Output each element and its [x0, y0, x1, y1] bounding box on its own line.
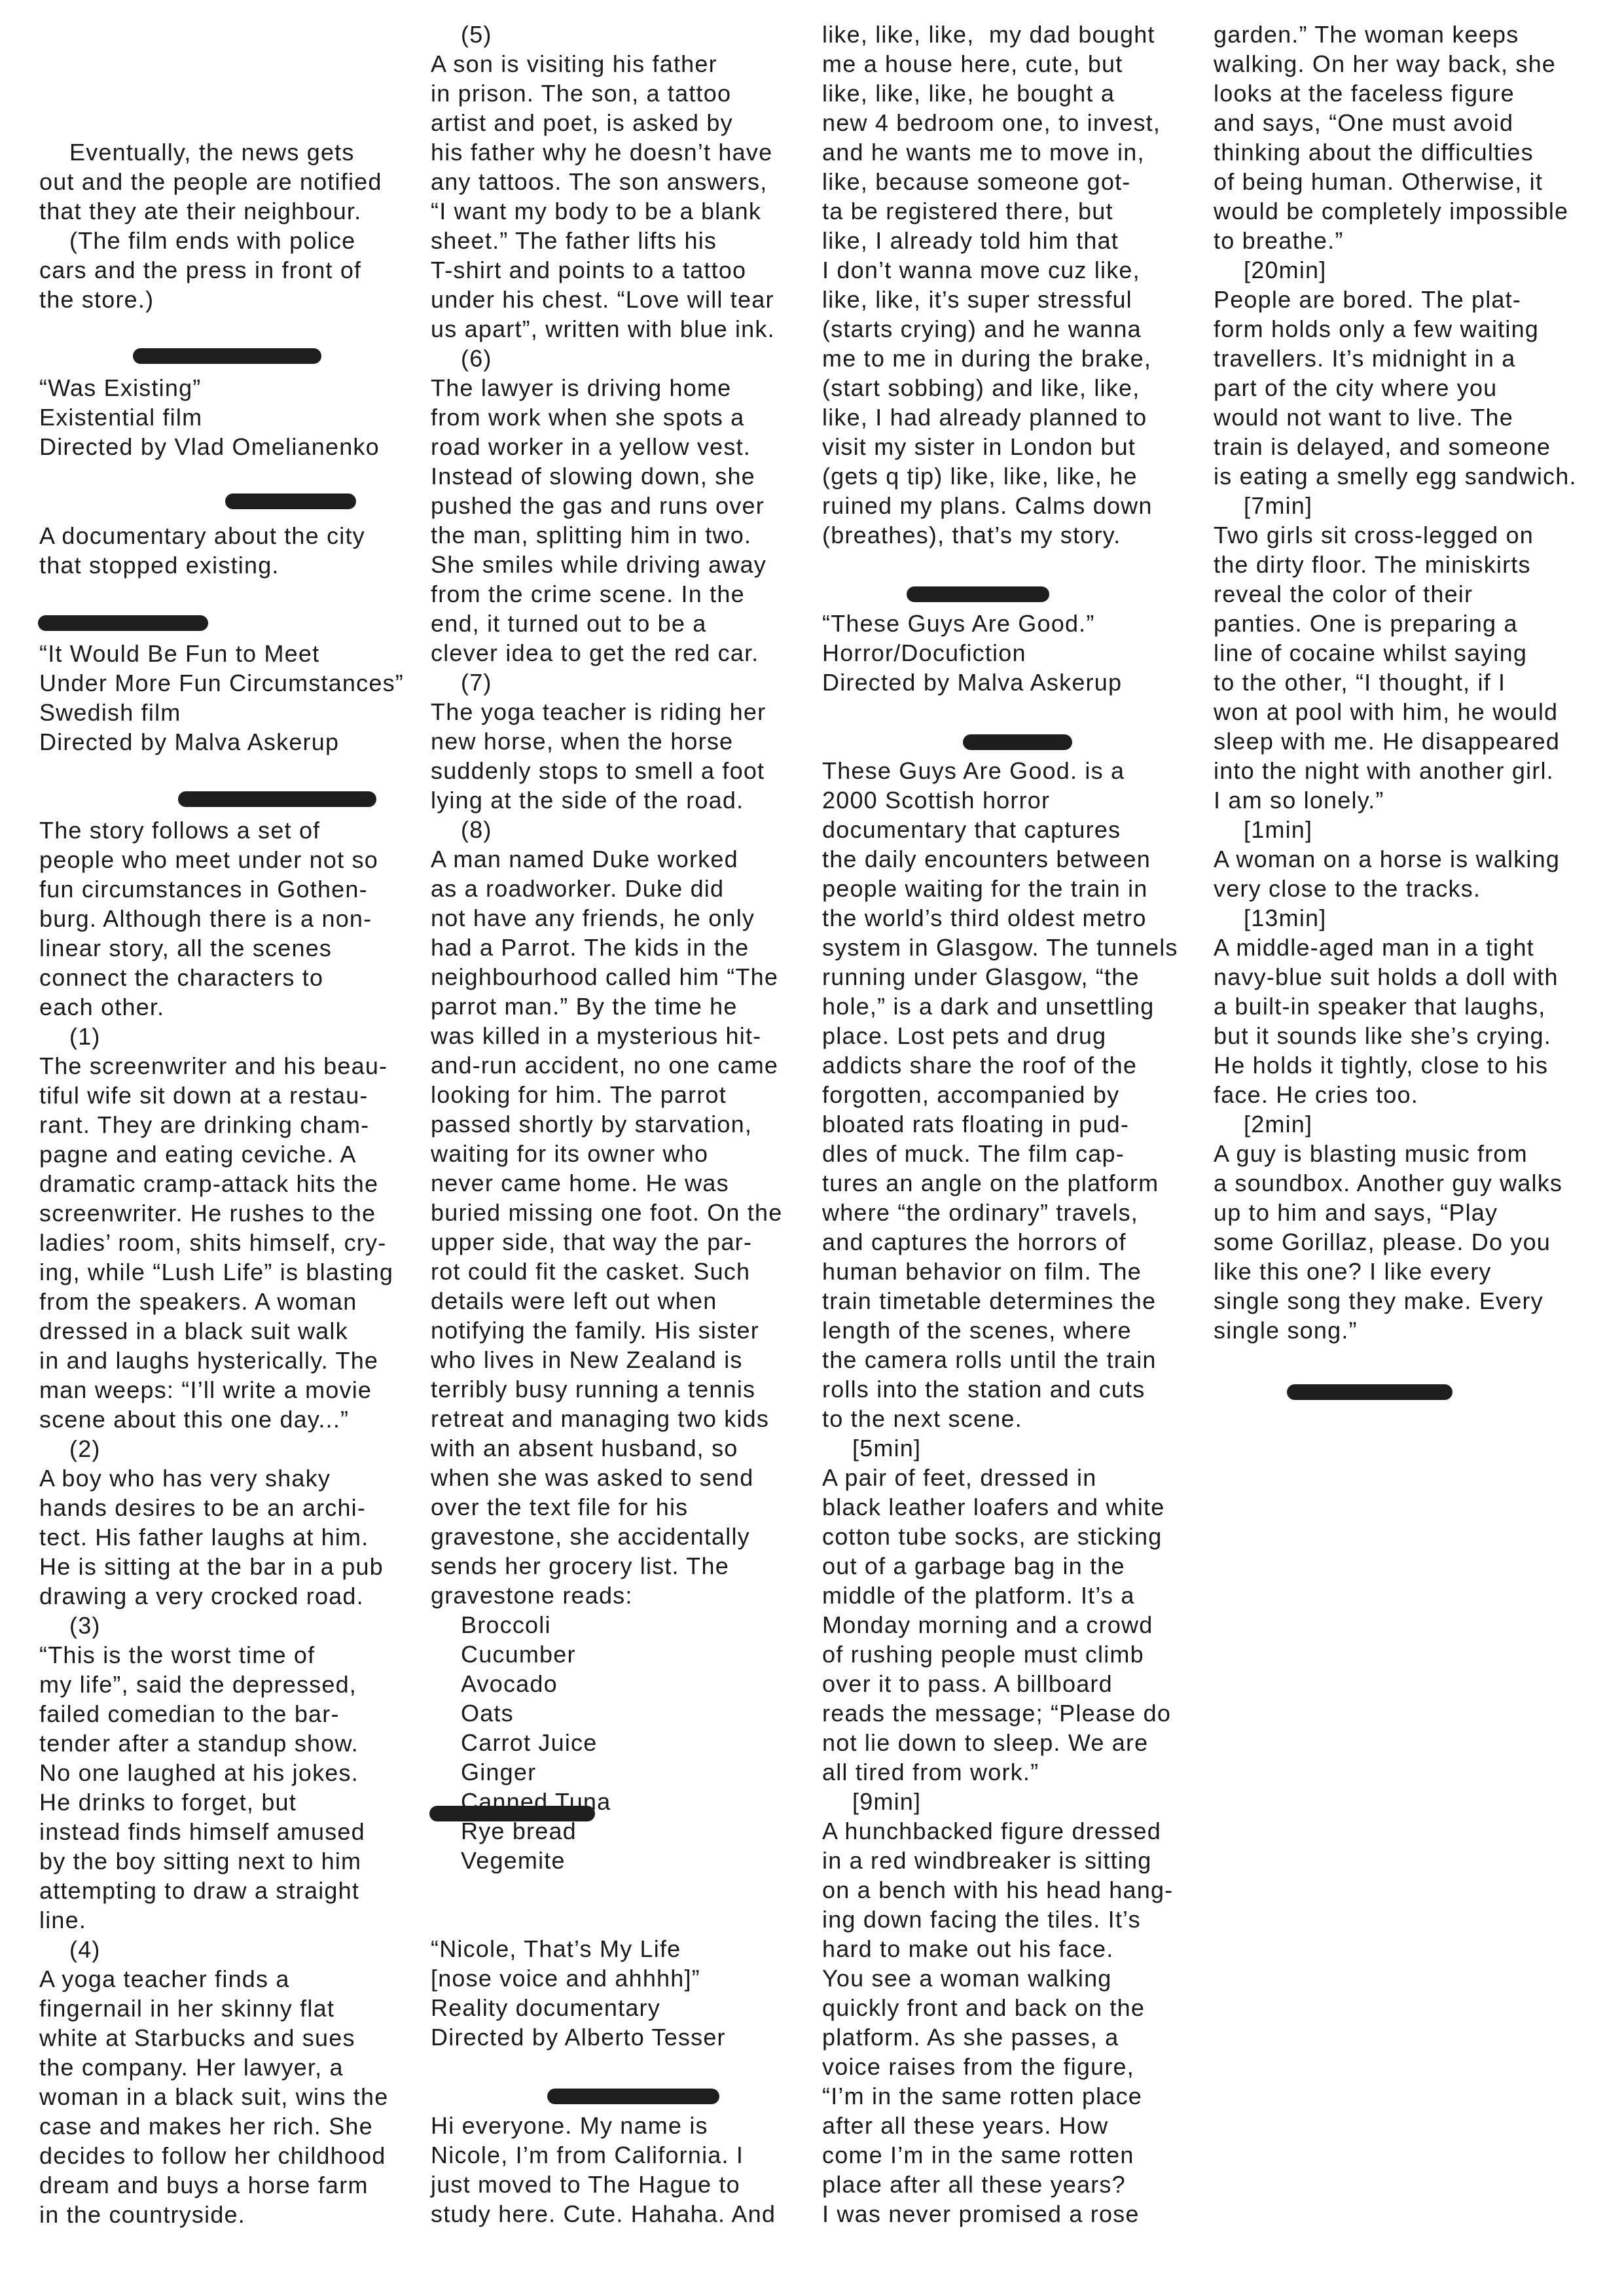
- text-line: I was never promised a rose: [822, 2199, 1140, 2229]
- text-line: form holds only a few waiting: [1214, 314, 1539, 344]
- text-line: over the text file for his: [431, 1492, 688, 1522]
- text-line: “I’m in the same rotten place: [822, 2081, 1142, 2111]
- text-line: like, like, like, he bought a: [822, 79, 1115, 108]
- text-line: hole,” is a dark and unsettling: [822, 992, 1155, 1021]
- text-line: train is delayed, and someone: [1214, 432, 1551, 461]
- text-line: line.: [39, 1905, 86, 1935]
- text-line: The lawyer is driving home: [431, 373, 731, 403]
- section-divider-bar: [38, 615, 208, 631]
- text-line: (starts crying) and he wanna: [822, 314, 1142, 344]
- text-line: the daily encounters between: [822, 844, 1151, 874]
- text-line: like, like, like, my dad bought: [822, 20, 1155, 49]
- text-line: train timetable determines the: [822, 1286, 1156, 1316]
- text-line: He is sitting at the bar in a pub: [39, 1552, 384, 1581]
- text-line: just moved to The Hague to: [431, 2170, 740, 2199]
- text-line: like, like, it’s super stressful: [822, 285, 1132, 314]
- text-line: addicts share the roof of the: [822, 1050, 1137, 1080]
- text-line: my life”, said the depressed,: [39, 1670, 357, 1699]
- text-line: under his chest. “Love will tear: [431, 285, 774, 314]
- text-line: garden.” The woman keeps: [1214, 20, 1519, 49]
- text-line: The story follows a set of: [39, 816, 320, 845]
- text-line: some Gorillaz, please. Do you: [1214, 1227, 1551, 1257]
- text-line: reveal the color of their: [1214, 579, 1473, 609]
- section-divider-bar: [547, 2089, 719, 2104]
- text-line: single song they make. Every: [1214, 1286, 1543, 1316]
- text-column-2: (5)A son is visiting his fatherin prison…: [431, 0, 823, 2296]
- text-line: (6): [431, 344, 492, 373]
- text-line: up to him and says, “Play: [1214, 1198, 1498, 1227]
- section-divider-bar: [963, 734, 1072, 750]
- text-line: [nose voice and ahhhh]”: [431, 1964, 700, 1993]
- text-line: like, because someone got-: [822, 167, 1130, 196]
- text-line: in and laughs hysterically. The: [39, 1346, 378, 1375]
- text-line: voice raises from the figure,: [822, 2052, 1134, 2081]
- text-line: rot could fit the casket. Such: [431, 1257, 750, 1286]
- text-line: clever idea to get the red car.: [431, 638, 759, 668]
- text-line: Carrot Juice: [431, 1728, 597, 1757]
- text-line: Under More Fun Circumstances”: [39, 668, 404, 698]
- text-line: Reality documentary: [431, 1993, 660, 2022]
- text-line: connect the characters to: [39, 963, 323, 992]
- text-line: screenwriter. He rushes to the: [39, 1198, 376, 1228]
- text-line: had a Parrot. The kids in the: [431, 933, 749, 962]
- text-line: out of a garbage bag in the: [822, 1551, 1125, 1581]
- text-line: (7): [431, 668, 492, 697]
- text-line: (breathes), that’s my story.: [822, 520, 1121, 550]
- text-line: platform. As she passes, a: [822, 2022, 1119, 2052]
- text-line: artist and poet, is asked by: [431, 108, 733, 137]
- text-line: Broccoli: [431, 1610, 551, 1640]
- text-line: These Guys Are Good. is a: [822, 756, 1125, 785]
- text-line: to the next scene.: [822, 1404, 1022, 1433]
- text-line: (2): [39, 1434, 101, 1463]
- text-line: sends her grocery list. The: [431, 1551, 729, 1581]
- text-line: [5min]: [822, 1433, 921, 1463]
- text-line: Vegemite: [431, 1846, 566, 1875]
- section-divider-bar: [225, 493, 356, 509]
- text-line: in a red windbreaker is sitting: [822, 1846, 1151, 1875]
- text-line: would not want to live. The: [1214, 403, 1513, 432]
- text-line: Monday morning and a crowd: [822, 1610, 1153, 1640]
- text-line: Oats: [431, 1698, 514, 1728]
- text-line: any tattoos. The son answers,: [431, 167, 767, 196]
- text-line: A boy who has very shaky: [39, 1463, 331, 1493]
- section-divider-bar: [907, 586, 1049, 602]
- text-line: burg. Although there is a non-: [39, 904, 372, 933]
- text-line: single song.”: [1214, 1316, 1358, 1345]
- text-line: [1min]: [1214, 815, 1312, 844]
- text-line: new horse, when the horse: [431, 726, 733, 756]
- text-line: gravestone reads:: [431, 1581, 633, 1610]
- text-line: ing, while “Lush Life” is blasting: [39, 1257, 393, 1287]
- text-line: ruined my plans. Calms down: [822, 491, 1153, 520]
- text-line: documentary that captures: [822, 815, 1121, 844]
- text-line: I don’t wanna move cuz like,: [822, 255, 1140, 285]
- text-line: (8): [431, 815, 492, 844]
- text-line: sleep with me. He disappeared: [1214, 726, 1560, 756]
- text-line: instead finds himself amused: [39, 1817, 365, 1846]
- text-line: out and the people are notified: [39, 167, 382, 196]
- text-line: walking. On her way back, she: [1214, 49, 1556, 79]
- text-line: Existential film: [39, 403, 202, 432]
- text-line: me to me in during the brake,: [822, 344, 1151, 373]
- text-line: to the other, “I thought, if I: [1214, 668, 1506, 697]
- text-line: retreat and managing two kids: [431, 1404, 769, 1433]
- text-line: terribly busy running a tennis: [431, 1374, 755, 1404]
- text-line: hands desires to be an archi-: [39, 1493, 366, 1522]
- text-line: that they ate their neighbour.: [39, 196, 361, 226]
- text-line: and-run accident, no one came: [431, 1050, 778, 1080]
- text-line: Hi everyone. My name is: [431, 2111, 708, 2140]
- text-line: come I’m in the same rotten: [822, 2140, 1134, 2170]
- text-line: cars and the press in front of: [39, 255, 361, 285]
- text-line: dles of muck. The film cap-: [822, 1139, 1125, 1168]
- text-line: (start sobbing) and like, like,: [822, 373, 1140, 403]
- text-line: pagne and eating ceviche. A: [39, 1139, 357, 1169]
- text-line: on a bench with his head hang-: [822, 1875, 1173, 1905]
- text-line: T-shirt and points to a tattoo: [431, 255, 746, 285]
- text-line: place after all these years?: [822, 2170, 1126, 2199]
- text-line: hard to make out his face.: [822, 1934, 1113, 1964]
- text-line: fun circumstances in Gothen-: [39, 874, 368, 904]
- text-line: woman in a black suit, wins the: [39, 2082, 388, 2111]
- text-line: very close to the tracks.: [1214, 874, 1481, 903]
- text-line: and he wants me to move in,: [822, 137, 1145, 167]
- text-line: new 4 bedroom one, to invest,: [822, 108, 1161, 137]
- text-line: from the crime scene. In the: [431, 579, 745, 609]
- text-line: sheet.” The father lifts his: [431, 226, 717, 255]
- text-line: scene about this one day...”: [39, 1405, 349, 1434]
- text-line: human behavior on film. The: [822, 1257, 1142, 1286]
- text-line: visit my sister in London but: [822, 432, 1136, 461]
- text-line: over it to pass. A billboard: [822, 1669, 1113, 1698]
- text-line: like this one? I like every: [1214, 1257, 1492, 1286]
- text-line: linear story, all the scenes: [39, 933, 332, 963]
- text-line: rolls into the station and cuts: [822, 1374, 1145, 1404]
- text-line: No one laughed at his jokes.: [39, 1758, 359, 1787]
- text-line: not lie down to sleep. We are: [822, 1728, 1148, 1757]
- text-line: in the countryside.: [39, 2200, 245, 2229]
- text-line: us apart”, written with blue ink.: [431, 314, 775, 344]
- text-line: A middle-aged man in a tight: [1214, 933, 1534, 962]
- text-line: buried missing one foot. On the: [431, 1198, 783, 1227]
- text-line: never came home. He was: [431, 1168, 729, 1198]
- text-line: A pair of feet, dressed in: [822, 1463, 1096, 1492]
- text-line: failed comedian to the bar-: [39, 1699, 340, 1729]
- text-line: You see a woman walking: [822, 1964, 1112, 1993]
- text-line: pushed the gas and runs over: [431, 491, 765, 520]
- text-line: [9min]: [822, 1787, 921, 1816]
- text-line: man weeps: “I’ll write a movie: [39, 1375, 372, 1405]
- text-line: (The film ends with police: [39, 226, 355, 255]
- text-line: but it sounds like she’s crying.: [1214, 1021, 1551, 1050]
- text-line: into the night with another girl.: [1214, 756, 1554, 785]
- text-line: A hunchbacked figure dressed: [822, 1816, 1161, 1846]
- text-line: upper side, that way the par-: [431, 1227, 752, 1257]
- text-line: waiting for its owner who: [431, 1139, 708, 1168]
- text-line: a built-in speaker that laughs,: [1214, 992, 1546, 1021]
- text-line: “Was Existing”: [39, 373, 202, 403]
- text-line: [7min]: [1214, 491, 1312, 520]
- text-line: She smiles while driving away: [431, 550, 767, 579]
- text-line: “Nicole, That’s My Life: [431, 1934, 681, 1964]
- text-line: a soundbox. Another guy walks: [1214, 1168, 1562, 1198]
- text-line: who lives in New Zealand is: [431, 1345, 743, 1374]
- text-line: “It Would Be Fun to Meet: [39, 639, 319, 668]
- text-line: where “the ordinary” travels,: [822, 1198, 1138, 1227]
- text-line: quickly front and back on the: [822, 1993, 1145, 2022]
- text-line: people who meet under not so: [39, 845, 378, 874]
- text-line: suddenly stops to smell a foot: [431, 756, 765, 785]
- section-divider-bar: [178, 791, 376, 807]
- text-line: thinking about the difficulties: [1214, 137, 1534, 167]
- text-line: dramatic cramp-attack hits the: [39, 1169, 378, 1198]
- text-column-3: like, like, like, my dad boughtme a hous…: [822, 0, 1215, 2296]
- text-line: navy-blue suit holds a doll with: [1214, 962, 1559, 992]
- text-line: looking for him. The parrot: [431, 1080, 727, 1109]
- text-line: like, I had already planned to: [822, 403, 1147, 432]
- text-line: decides to follow her childhood: [39, 2141, 386, 2170]
- text-line: notifying the family. His sister: [431, 1316, 759, 1345]
- text-line: Eventually, the news gets: [39, 137, 355, 167]
- text-line: fingernail in her skinny flat: [39, 1994, 334, 2023]
- section-divider-bar: [133, 348, 321, 364]
- text-line: road worker in a yellow vest.: [431, 432, 751, 461]
- text-line: dream and buys a horse farm: [39, 2170, 369, 2200]
- text-line: tiful wife sit down at a restau-: [39, 1081, 369, 1110]
- text-line: the world’s third oldest metro: [822, 903, 1147, 933]
- text-line: from work when she spots a: [431, 403, 744, 432]
- text-line: I am so lonely.”: [1214, 785, 1384, 815]
- text-line: the camera rolls until the train: [822, 1345, 1157, 1374]
- text-line: lying at the side of the road.: [431, 785, 744, 815]
- text-line: details were left out when: [431, 1286, 717, 1316]
- text-line: and says, “One must avoid: [1214, 108, 1513, 137]
- text-line: Avocado: [431, 1669, 558, 1698]
- text-line: ta be registered there, but: [822, 196, 1113, 226]
- text-line: attempting to draw a straight: [39, 1876, 359, 1905]
- text-line: people waiting for the train in: [822, 874, 1147, 903]
- text-line: the dirty floor. The miniskirts: [1214, 550, 1531, 579]
- text-column-4: garden.” The woman keepswalking. On her …: [1214, 0, 1606, 2296]
- text-line: case and makes her rich. She: [39, 2111, 373, 2141]
- text-line: not have any friends, he only: [431, 903, 755, 933]
- text-line: neighbourhood called him “The: [431, 962, 778, 992]
- text-line: me a house here, cute, but: [822, 49, 1123, 79]
- text-line: Directed by Alberto Tesser: [431, 2022, 726, 2052]
- text-line: with an absent husband, so: [431, 1433, 738, 1463]
- text-line: passed shortly by starvation,: [431, 1109, 752, 1139]
- text-line: that stopped existing.: [39, 550, 280, 580]
- text-line: Cucumber: [431, 1640, 576, 1669]
- text-line: would be completely impossible: [1214, 196, 1568, 226]
- text-line: A woman on a horse is walking: [1214, 844, 1560, 874]
- text-line: part of the city where you: [1214, 373, 1497, 403]
- text-line: won at pool with him, he would: [1214, 697, 1558, 726]
- text-line: his father why he doesn’t have: [431, 137, 772, 167]
- text-line: Horror/Docufiction: [822, 638, 1026, 668]
- text-line: Instead of slowing down, she: [431, 461, 755, 491]
- text-line: end, it turned out to be a: [431, 609, 707, 638]
- text-line: white at Starbucks and sues: [39, 2023, 355, 2053]
- text-line: the man, splitting him in two.: [431, 520, 751, 550]
- text-line: cotton tube socks, are sticking: [822, 1522, 1162, 1551]
- text-line: (4): [39, 1935, 101, 1964]
- text-line: A guy is blasting music from: [1214, 1139, 1528, 1168]
- text-line: face. He cries too.: [1214, 1080, 1418, 1109]
- text-line: (5): [431, 20, 492, 49]
- text-line: “I want my body to be a blank: [431, 196, 761, 226]
- text-line: was killed in a mysterious hit-: [431, 1021, 761, 1050]
- text-line: [20min]: [1214, 255, 1326, 285]
- text-line: Swedish film: [39, 698, 181, 727]
- text-line: Directed by Vlad Omelianenko: [39, 432, 380, 461]
- text-line: line of cocaine whilst saying: [1214, 638, 1527, 668]
- text-line: of being human. Otherwise, it: [1214, 167, 1543, 196]
- text-line: dressed in a black suit walk: [39, 1316, 348, 1346]
- text-line: the company. Her lawyer, a: [39, 2053, 344, 2082]
- text-line: “This is the worst time of: [39, 1640, 315, 1670]
- text-line: system in Glasgow. The tunnels: [822, 933, 1178, 962]
- text-line: looks at the faceless figure: [1214, 79, 1515, 108]
- text-line: (3): [39, 1611, 101, 1640]
- text-line: all tired from work.”: [822, 1757, 1039, 1787]
- text-line: The screenwriter and his beau-: [39, 1051, 388, 1081]
- text-line: is eating a smelly egg sandwich.: [1214, 461, 1577, 491]
- text-line: [13min]: [1214, 903, 1326, 933]
- text-line: forgotten, accompanied by: [822, 1080, 1119, 1109]
- text-line: of rushing people must climb: [822, 1640, 1144, 1669]
- section-divider-bar: [1287, 1384, 1453, 1400]
- text-line: Two girls sit cross-legged on: [1214, 520, 1534, 550]
- text-line: (gets q tip) like, like, like, he: [822, 461, 1138, 491]
- text-line: He holds it tightly, close to his: [1214, 1050, 1548, 1080]
- text-line: tender after a standup show.: [39, 1729, 359, 1758]
- text-line: study here. Cute. Hahaha. And: [431, 2199, 776, 2229]
- document-page: Eventually, the news getsout and the peo…: [0, 0, 1624, 2296]
- text-column-1: Eventually, the news getsout and the peo…: [39, 0, 432, 2296]
- text-line: [2min]: [1214, 1109, 1312, 1139]
- text-line: reads the message; “Please do: [822, 1698, 1171, 1728]
- text-line: by the boy sitting next to him: [39, 1846, 361, 1876]
- text-line: People are bored. The plat-: [1214, 285, 1521, 314]
- text-line: A man named Duke worked: [431, 844, 738, 874]
- text-line: (1): [39, 1022, 101, 1051]
- text-line: length of the scenes, where: [822, 1316, 1132, 1345]
- text-line: when she was asked to send: [431, 1463, 754, 1492]
- text-line: 2000 Scottish horror: [822, 785, 1050, 815]
- text-line: parrot man.” By the time he: [431, 992, 738, 1021]
- text-line: Ginger: [431, 1757, 536, 1787]
- text-line: panties. One is preparing a: [1214, 609, 1518, 638]
- text-line: each other.: [39, 992, 164, 1022]
- text-line: “These Guys Are Good.”: [822, 609, 1095, 638]
- text-line: He drinks to forget, but: [39, 1787, 297, 1817]
- section-divider-bar: [429, 1806, 595, 1821]
- text-line: ladies’ room, shits himself, cry-: [39, 1228, 386, 1257]
- text-line: Directed by Malva Askerup: [822, 668, 1122, 697]
- text-line: A documentary about the city: [39, 521, 365, 550]
- text-line: in prison. The son, a tattoo: [431, 79, 731, 108]
- text-line: from the speakers. A woman: [39, 1287, 357, 1316]
- text-line: place. Lost pets and drug: [822, 1021, 1106, 1050]
- text-line: ing down facing the tiles. It’s: [822, 1905, 1141, 1934]
- text-line: tures an angle on the platform: [822, 1168, 1159, 1198]
- text-line: the store.): [39, 285, 154, 314]
- text-line: middle of the platform. It’s a: [822, 1581, 1135, 1610]
- text-line: bloated rats floating in pud-: [822, 1109, 1129, 1139]
- text-line: tect. His father laughs at him.: [39, 1522, 369, 1552]
- text-line: black leather loafers and white: [822, 1492, 1164, 1522]
- text-line: Nicole, I’m from California. I: [431, 2140, 744, 2170]
- text-line: after all these years. How: [822, 2111, 1108, 2140]
- text-line: drawing a very crocked road.: [39, 1581, 364, 1611]
- text-line: travellers. It’s midnight in a: [1214, 344, 1516, 373]
- text-line: and captures the horrors of: [822, 1227, 1127, 1257]
- text-line: as a roadworker. Duke did: [431, 874, 724, 903]
- text-line: running under Glasgow, “the: [822, 962, 1140, 992]
- text-line: A son is visiting his father: [431, 49, 717, 79]
- text-line: rant. They are drinking cham-: [39, 1110, 369, 1139]
- text-line: Directed by Malva Askerup: [39, 727, 339, 757]
- text-line: to breathe.”: [1214, 226, 1344, 255]
- text-line: like, I already told him that: [822, 226, 1119, 255]
- text-line: The yoga teacher is riding her: [431, 697, 766, 726]
- text-line: A yoga teacher finds a: [39, 1964, 290, 1994]
- text-line: gravestone, she accidentally: [431, 1522, 750, 1551]
